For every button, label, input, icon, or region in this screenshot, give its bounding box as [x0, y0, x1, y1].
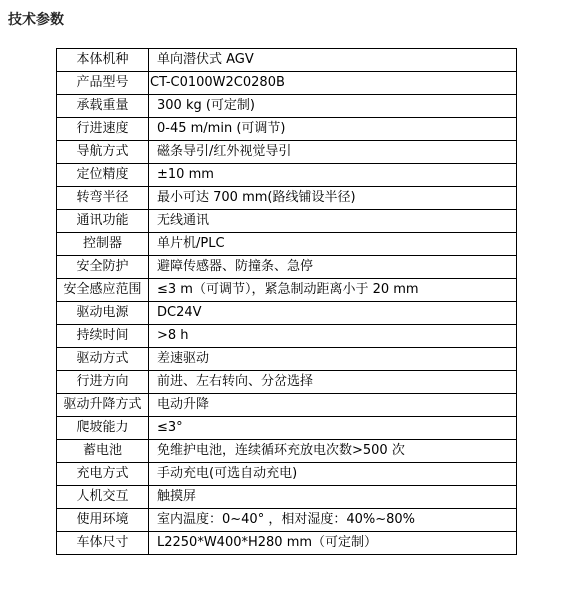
table-row: 充电方式手动充电(可选自动充电): [57, 463, 517, 486]
spec-label: 充电方式: [57, 463, 149, 486]
table-row: 通讯功能无线通讯: [57, 210, 517, 233]
spec-value: 最小可达 700 mm(路线铺设半径): [149, 187, 517, 210]
spec-value: 无线通讯: [149, 210, 517, 233]
table-row: 导航方式磁条导引/红外视觉导引: [57, 141, 517, 164]
spec-label: 驱动升降方式: [57, 394, 149, 417]
spec-label: 定位精度: [57, 164, 149, 187]
spec-label: 驱动方式: [57, 348, 149, 371]
spec-value: 300 kg (可定制): [149, 95, 517, 118]
spec-value: 单向潜伏式 AGV: [149, 49, 517, 72]
spec-value: CT-C0100W2C0280B: [149, 72, 517, 95]
spec-label: 安全感应范围: [57, 279, 149, 302]
spec-table: 本体机种单向潜伏式 AGV产品型号CT-C0100W2C0280B承载重量300…: [56, 48, 517, 555]
spec-value: 室内温度：0~40° ，相对湿度：40%~80%: [149, 509, 517, 532]
spec-label: 转弯半径: [57, 187, 149, 210]
table-row: 人机交互触摸屏: [57, 486, 517, 509]
spec-value: 电动升降: [149, 394, 517, 417]
spec-label: 行进速度: [57, 118, 149, 141]
table-row: 车体尺寸L2250*W400*H280 mm（可定制）: [57, 532, 517, 555]
spec-value: 单片机/PLC: [149, 233, 517, 256]
table-row: 行进速度0-45 m/min (可调节): [57, 118, 517, 141]
spec-value: DC24V: [149, 302, 517, 325]
spec-value: 触摸屏: [149, 486, 517, 509]
spec-label: 蓄电池: [57, 440, 149, 463]
table-row: 产品型号CT-C0100W2C0280B: [57, 72, 517, 95]
spec-label: 通讯功能: [57, 210, 149, 233]
spec-label: 驱动电源: [57, 302, 149, 325]
spec-value: ≤3 m（可调节），紧急制动距离小于 20 mm: [149, 279, 517, 302]
table-row: 使用环境室内温度：0~40° ，相对湿度：40%~80%: [57, 509, 517, 532]
table-row: 承载重量300 kg (可定制): [57, 95, 517, 118]
spec-label: 行进方向: [57, 371, 149, 394]
spec-value: 手动充电(可选自动充电): [149, 463, 517, 486]
table-row: 驱动升降方式电动升降: [57, 394, 517, 417]
spec-label: 车体尺寸: [57, 532, 149, 555]
table-row: 转弯半径最小可达 700 mm(路线铺设半径): [57, 187, 517, 210]
table-row: 本体机种单向潜伏式 AGV: [57, 49, 517, 72]
table-row: 驱动方式差速驱动: [57, 348, 517, 371]
table-row: 爬坡能力≤3°: [57, 417, 517, 440]
table-row: 定位精度±10 mm: [57, 164, 517, 187]
spec-table-body: 本体机种单向潜伏式 AGV产品型号CT-C0100W2C0280B承载重量300…: [57, 49, 517, 555]
spec-label: 安全防护: [57, 256, 149, 279]
table-row: 驱动电源DC24V: [57, 302, 517, 325]
spec-value: ±10 mm: [149, 164, 517, 187]
spec-label: 爬坡能力: [57, 417, 149, 440]
spec-label: 使用环境: [57, 509, 149, 532]
table-row: 控制器单片机/PLC: [57, 233, 517, 256]
table-row: 蓄电池免维护电池，连续循环充放电次数>500 次: [57, 440, 517, 463]
table-row: 行进方向前进、左右转向、分岔选择: [57, 371, 517, 394]
spec-value: ≤3°: [149, 417, 517, 440]
section-title: 技术参数: [8, 9, 64, 29]
spec-value: 免维护电池，连续循环充放电次数>500 次: [149, 440, 517, 463]
table-row: 持续时间>8 h: [57, 325, 517, 348]
spec-value: 差速驱动: [149, 348, 517, 371]
spec-value: 磁条导引/红外视觉导引: [149, 141, 517, 164]
spec-label: 本体机种: [57, 49, 149, 72]
spec-label: 导航方式: [57, 141, 149, 164]
spec-label: 控制器: [57, 233, 149, 256]
spec-value: >8 h: [149, 325, 517, 348]
spec-value: L2250*W400*H280 mm（可定制）: [149, 532, 517, 555]
spec-value: 0-45 m/min (可调节): [149, 118, 517, 141]
table-row: 安全感应范围≤3 m（可调节），紧急制动距离小于 20 mm: [57, 279, 517, 302]
spec-label: 产品型号: [57, 72, 149, 95]
spec-label: 人机交互: [57, 486, 149, 509]
spec-value: 前进、左右转向、分岔选择: [149, 371, 517, 394]
spec-label: 持续时间: [57, 325, 149, 348]
spec-label: 承载重量: [57, 95, 149, 118]
spec-value: 避障传感器、防撞条、急停: [149, 256, 517, 279]
table-row: 安全防护避障传感器、防撞条、急停: [57, 256, 517, 279]
